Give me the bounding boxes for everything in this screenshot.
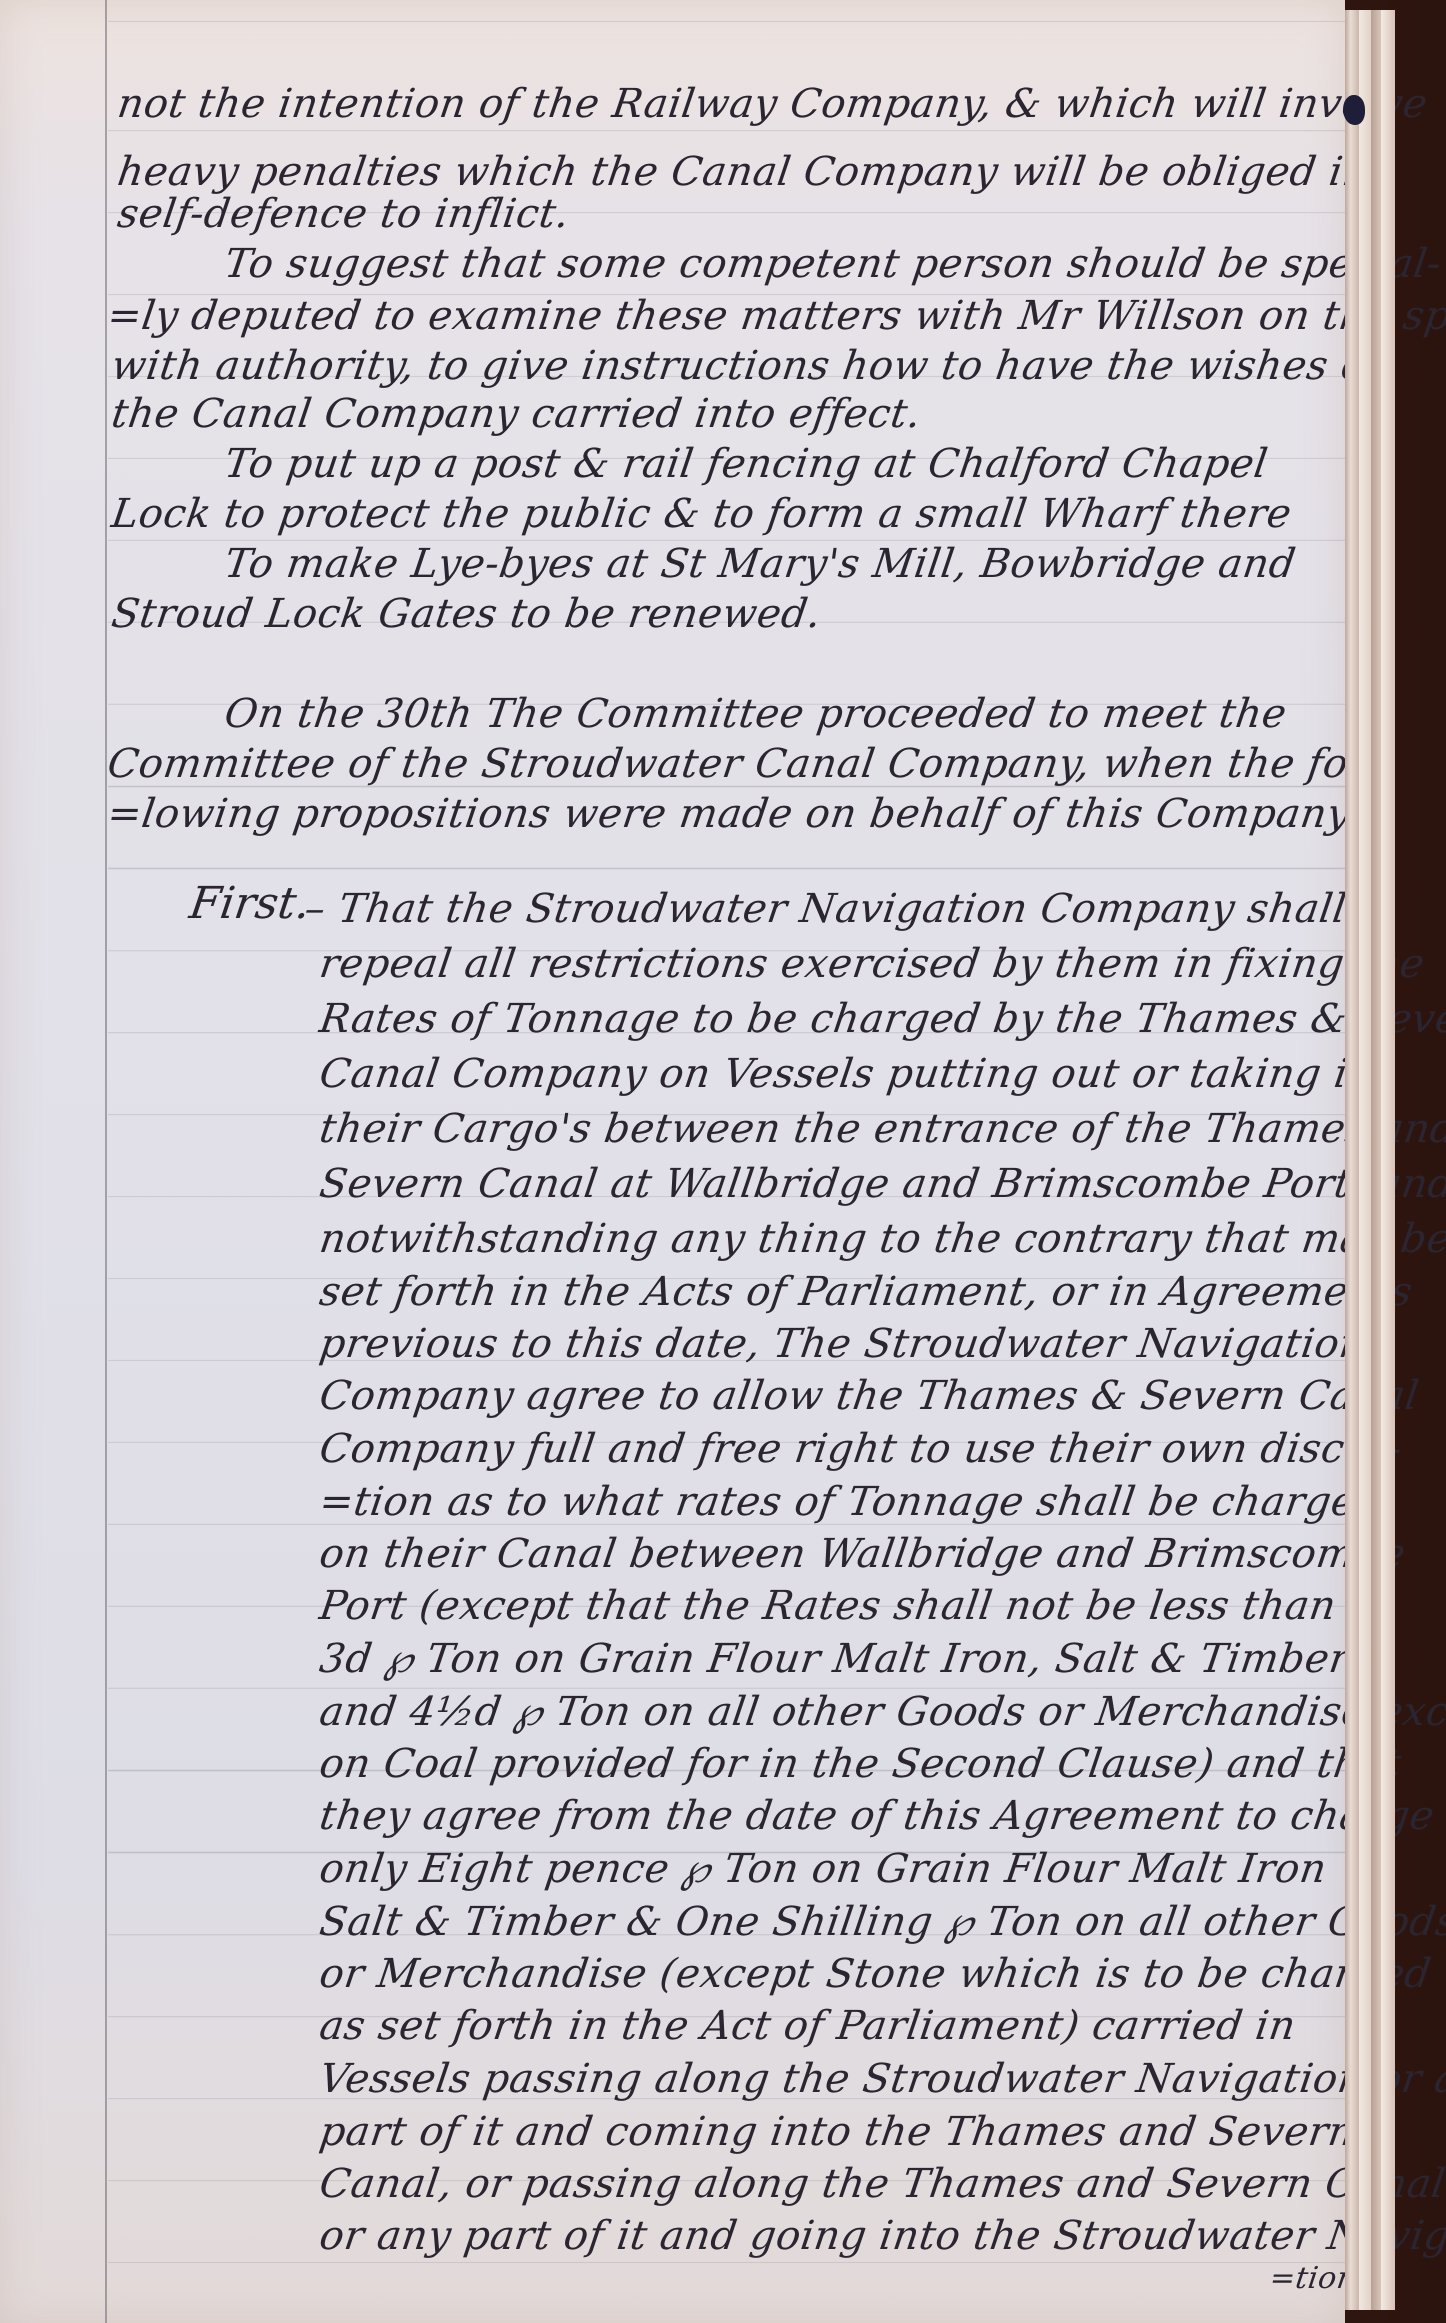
text-line: 3d ℘ Ton on Grain Flour Malt Iron, Salt …: [317, 1635, 1353, 1683]
text-line: or Merchandise (except Stone which is to…: [317, 1950, 1435, 1998]
text-line: To make Lye-byes at St Mary's Mill, Bowb…: [222, 540, 1299, 588]
text-line: part of it and coming into the Thames an…: [317, 2108, 1358, 2156]
page-stack-edge: [1371, 10, 1381, 2310]
text-line: =ly deputed to examine these matters wit…: [105, 292, 1446, 340]
clause-label-first: First.: [187, 880, 314, 928]
text-line: set forth in the Acts of Parliament, or …: [317, 1268, 1416, 1316]
text-line: they agree from the date of this Agreeme…: [317, 1792, 1438, 1840]
text-line: To put up a post & rail fencing at Chalf…: [222, 440, 1271, 488]
text-line: previous to this date, The Stroudwater N…: [317, 1320, 1369, 1368]
text-line: Company full and free right to use their…: [317, 1425, 1406, 1473]
text-line: Port (except that the Rates shall not be…: [317, 1582, 1340, 1630]
text-line: Severn Canal at Wallbridge and Brimscomb…: [317, 1160, 1446, 1208]
ledger-page: not the intention of the Railway Company…: [0, 0, 1345, 2323]
text-line: Lock to protect the public & to form a s…: [109, 490, 1295, 538]
text-line: heavy penalties which the Canal Company …: [115, 148, 1373, 196]
text-line: Stroud Lock Gates to be renewed.: [109, 590, 825, 638]
text-line: =tion as to what rates of Tonnage shall …: [317, 1478, 1385, 1526]
page-stack-edge: [1345, 10, 1359, 2310]
text-line: Vessels passing along the Stroudwater Na…: [317, 2055, 1446, 2103]
text-line: not the intention of the Railway Company…: [115, 80, 1431, 128]
text-line: as set forth in the Act of Parliament) c…: [317, 2002, 1299, 2050]
page-stack-edge: [1359, 10, 1371, 2310]
text-line: only Eight pence ℘ Ton on Grain Flour Ma…: [317, 1845, 1330, 1893]
ink-blot: [1343, 95, 1365, 125]
text-line: Rates of Tonnage to be charged by the Th…: [317, 995, 1446, 1043]
text-line: or any part of it and going into the Str…: [317, 2212, 1446, 2260]
page-stack-edge: [1381, 10, 1395, 2310]
text-line: the Canal Company carried into effect.: [109, 390, 925, 438]
text-line: with authority, to give instructions how…: [109, 342, 1385, 390]
text-line: self-defence to inflict.: [115, 190, 573, 238]
text-line: Company agree to allow the Thames & Seve…: [317, 1372, 1422, 1420]
text-line: =lowing propositions were made on behalf…: [105, 790, 1354, 838]
text-line: To suggest that some competent person sh…: [222, 240, 1445, 288]
text-line: and 4½d ℘ Ton on all other Goods or Merc…: [317, 1688, 1446, 1736]
text-line: On the 30th The Committee proceeded to m…: [222, 690, 1290, 738]
text-line: Salt & Timber & One Shilling ℘ Ton on al…: [317, 1898, 1446, 1946]
text-line: Canal, or passing along the Thames and S…: [317, 2160, 1446, 2208]
text-line: repeal all restrictions exercised by the…: [317, 940, 1428, 988]
text-line: on Coal provided for in the Second Claus…: [317, 1740, 1405, 1788]
handwritten-text: not the intention of the Railway Company…: [0, 0, 1345, 2323]
text-line: on their Canal between Wallbridge and Br…: [317, 1530, 1409, 1578]
text-line: Committee of the Stroudwater Canal Compa…: [105, 740, 1379, 788]
text-line: Canal Company on Vessels putting out or …: [317, 1050, 1378, 1098]
text-line: – That the Stroudwater Navigation Compan…: [302, 885, 1350, 933]
text-line: their Cargo's between the entrance of th…: [317, 1105, 1446, 1153]
text-line: notwithstanding any thing to the contrar…: [317, 1215, 1446, 1263]
ledger-photo: not the intention of the Railway Company…: [0, 0, 1446, 2323]
